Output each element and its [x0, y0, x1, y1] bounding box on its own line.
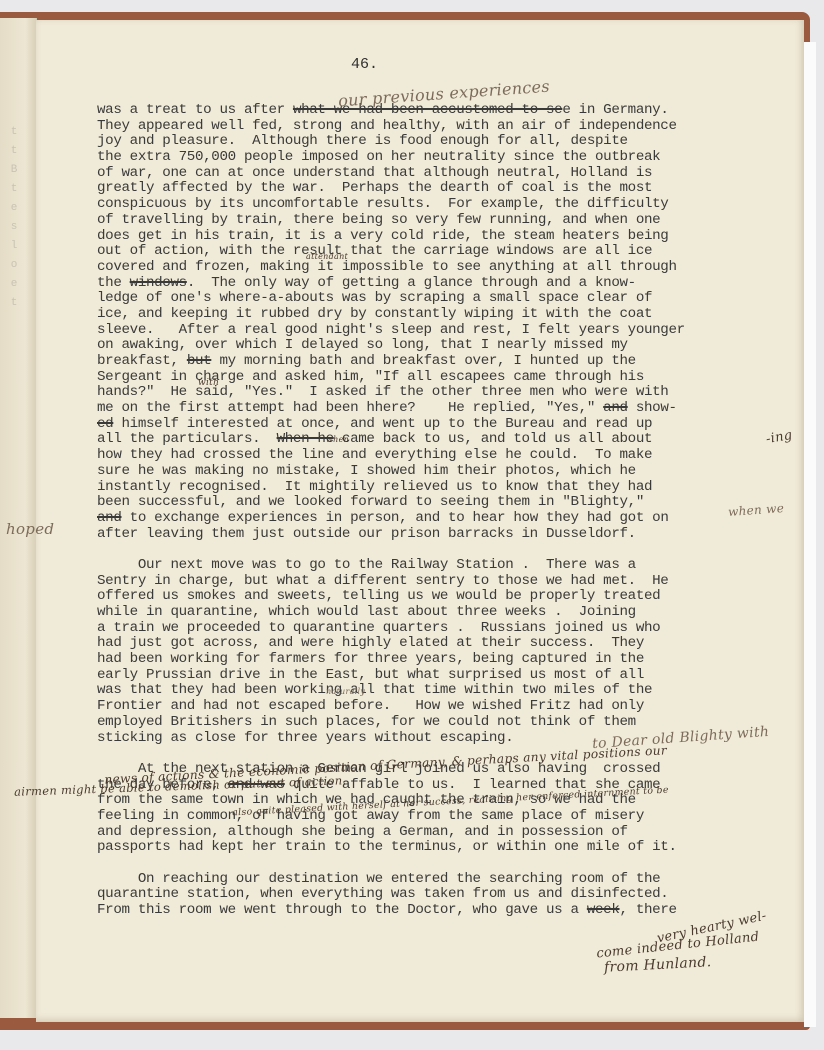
annotation-when: when — [326, 435, 349, 444]
typed-line: been successful, and we looked forward t… — [97, 495, 817, 511]
typed-line: how they had crossed the line and everyt… — [97, 448, 817, 464]
typed-line: covered and frozen, making it impossible… — [97, 260, 817, 276]
line-text: himself interested at once, and went up … — [113, 416, 652, 432]
typed-line: ice, and keeping it rubbed dry by consta… — [97, 307, 817, 323]
typescript-page: 46. was a treat to us after what we had … — [36, 20, 804, 1022]
line-text: my morning bath and breakfast over, I hu… — [211, 353, 636, 369]
line-text: had just got across, and were highly ela… — [97, 635, 644, 651]
line-text: e in Germany. — [562, 102, 668, 118]
typed-line: They appeared well fed, strong and healt… — [97, 119, 817, 135]
line-text: instantly recognised. It mightily reliev… — [97, 479, 652, 495]
struck-out-text: what we had been accustomed to se — [293, 102, 562, 118]
annotation-attendant: attendant — [306, 252, 348, 261]
typed-line: while in quarantine, which would last ab… — [97, 605, 817, 621]
typed-line: On reaching our destination we entered t… — [97, 872, 817, 888]
line-text: all the particulars. — [97, 431, 277, 447]
typed-line: early Prussian drive in the East, but wh… — [97, 668, 817, 684]
typed-line: and to exchange experiences in person, a… — [97, 511, 817, 527]
line-text: greatly affected by the war. Perhaps the… — [97, 180, 652, 196]
typed-line: was a treat to us after what we had been… — [97, 103, 817, 119]
line-text: of travelling by train, there being so v… — [97, 212, 660, 228]
typed-line: feeling in common, of having got away fr… — [97, 809, 817, 825]
line-text: On reaching our destination we entered t… — [97, 871, 660, 887]
line-text: conspicuous by its uncomfortable results… — [97, 196, 668, 212]
typed-line: the extra 750,000 people imposed on her … — [97, 150, 817, 166]
typed-line: quarantine station, when everything was … — [97, 887, 817, 903]
typed-line: had been working for farmers for three y… — [97, 652, 817, 668]
line-text: had been working for farmers for three y… — [97, 651, 644, 667]
line-text: of war, one can at once understand that … — [97, 165, 652, 181]
line-text: after leaving them just outside our pris… — [97, 526, 636, 542]
previous-page-edge: t t B t e s l o e t — [0, 18, 37, 1018]
line-text: Frontier and had not escaped before. How… — [97, 698, 644, 714]
typed-line: greatly affected by the war. Perhaps the… — [97, 181, 817, 197]
typed-line: Frontier and had not escaped before. How… — [97, 699, 817, 715]
struck-out-text: and — [603, 400, 628, 416]
typed-line: ed himself interested at once, and went … — [97, 417, 817, 433]
typed-line: breakfast, but my morning bath and break… — [97, 354, 817, 370]
typed-line: and depression, although she being a Ger… — [97, 825, 817, 841]
typed-line: sure he was making no mistake, I showed … — [97, 464, 817, 480]
line-text: hands?" He said, "Yes." I asked if the o… — [97, 384, 668, 400]
bleed-through-text: t t B t e s l o e t — [4, 123, 24, 313]
line-text: Sergeant in charge and asked him, "If al… — [97, 369, 644, 385]
line-text: . The only way of getting a glance throu… — [187, 275, 636, 291]
line-text: covered and frozen, making it impossible… — [97, 259, 677, 275]
line-text: to exchange experiences in person, and t… — [122, 510, 669, 526]
line-text: out of action, with the result that the … — [97, 243, 652, 259]
line-text: sticking as close for three years withou… — [97, 730, 513, 746]
line-text: was a treat to us after — [97, 102, 293, 118]
annotation-with: with — [198, 378, 219, 388]
typed-line: joy and pleasure. Although there is food… — [97, 134, 817, 150]
line-text: came back to us, and told us all about — [334, 431, 652, 447]
typed-line: the windows. The only way of getting a g… — [97, 276, 817, 292]
line-text: and depression, although she being a Ger… — [97, 824, 628, 840]
line-text: ledge of one's where-a-abouts was by scr… — [97, 290, 652, 306]
typed-line: Our next move was to go to the Railway S… — [97, 558, 817, 574]
struck-out-text: week — [587, 902, 620, 918]
typed-line: offered us smokes and sweets, telling us… — [97, 589, 817, 605]
struck-out-text: windows — [130, 275, 187, 291]
typed-line: From this room we went through to the Do… — [97, 903, 817, 919]
line-text: quarantine station, when everything was … — [97, 886, 668, 902]
typed-line: ledge of one's where-a-abouts was by scr… — [97, 291, 817, 307]
typed-line: out of action, with the result that the … — [97, 244, 817, 260]
typed-line: of travelling by train, there being so v… — [97, 213, 817, 229]
typed-line: conspicuous by its uncomfortable results… — [97, 197, 817, 213]
line-text: been successful, and we looked forward t… — [97, 494, 644, 510]
typed-line: on awaking, over which I delayed so long… — [97, 338, 817, 354]
typed-line: all the particulars. When he came back t… — [97, 432, 817, 448]
line-text: offered us smokes and sweets, telling us… — [97, 588, 660, 604]
typed-line: passports had kept her train to the term… — [97, 840, 817, 856]
line-text: They appeared well fed, strong and healt… — [97, 118, 677, 134]
line-text: how they had crossed the line and everyt… — [97, 447, 652, 463]
typed-line: Sentry in charge, but what a different s… — [97, 574, 817, 590]
typed-line: instantly recognised. It mightily reliev… — [97, 480, 817, 496]
line-text: the extra 750,000 people imposed on her … — [97, 149, 660, 165]
typed-line: sleeve. After a real good night's sleep … — [97, 323, 817, 339]
line-text: does get in his train, it is a very cold… — [97, 228, 668, 244]
line-text: sleeve. After a real good night's sleep … — [97, 322, 685, 338]
paragraph-gap — [97, 542, 817, 558]
typed-line: had just got across, and were highly ela… — [97, 636, 817, 652]
line-text: , there — [620, 902, 677, 918]
annotation-naturally: naturally — [326, 687, 365, 696]
annotation-hoped: hoped — [6, 520, 54, 538]
line-text: early Prussian drive in the East, but wh… — [97, 667, 644, 683]
line-text: Sentry in charge, but what a different s… — [97, 573, 668, 589]
line-text: breakfast, — [97, 353, 187, 369]
line-text: sure he was making no mistake, I showed … — [97, 463, 636, 479]
page-number: 46. — [351, 56, 378, 73]
line-text: the — [97, 275, 130, 291]
typed-line: me on the first attempt had been hhere? … — [97, 401, 817, 417]
line-text: me on the first attempt had been hhere? … — [97, 400, 603, 416]
line-text: ice, and keeping it rubbed dry by consta… — [97, 306, 652, 322]
typed-line: does get in his train, it is a very cold… — [97, 229, 817, 245]
struck-out-text: ed — [97, 416, 113, 432]
line-text: on awaking, over which I delayed so long… — [97, 337, 628, 353]
line-text: a train we proceeded to quarantine quart… — [97, 620, 660, 636]
typed-line: a train we proceeded to quarantine quart… — [97, 621, 817, 637]
line-text: Our next move was to go to the Railway S… — [97, 557, 636, 573]
typed-line: after leaving them just outside our pris… — [97, 527, 817, 543]
struck-out-text: and — [97, 510, 122, 526]
line-text: while in quarantine, which would last ab… — [97, 604, 636, 620]
typed-line: of war, one can at once understand that … — [97, 166, 817, 182]
line-text: From this room we went through to the Do… — [97, 902, 587, 918]
line-text: show- — [628, 400, 677, 416]
line-text: was that they had been working all that … — [97, 682, 652, 698]
struck-out-text: but — [187, 353, 212, 369]
typed-line: was that they had been working all that … — [97, 683, 817, 699]
line-text: joy and pleasure. Although there is food… — [97, 133, 628, 149]
line-text: passports had kept her train to the term… — [97, 839, 677, 855]
paragraph-gap — [97, 856, 817, 872]
line-text: employed Britishers in such places, for … — [97, 714, 636, 730]
